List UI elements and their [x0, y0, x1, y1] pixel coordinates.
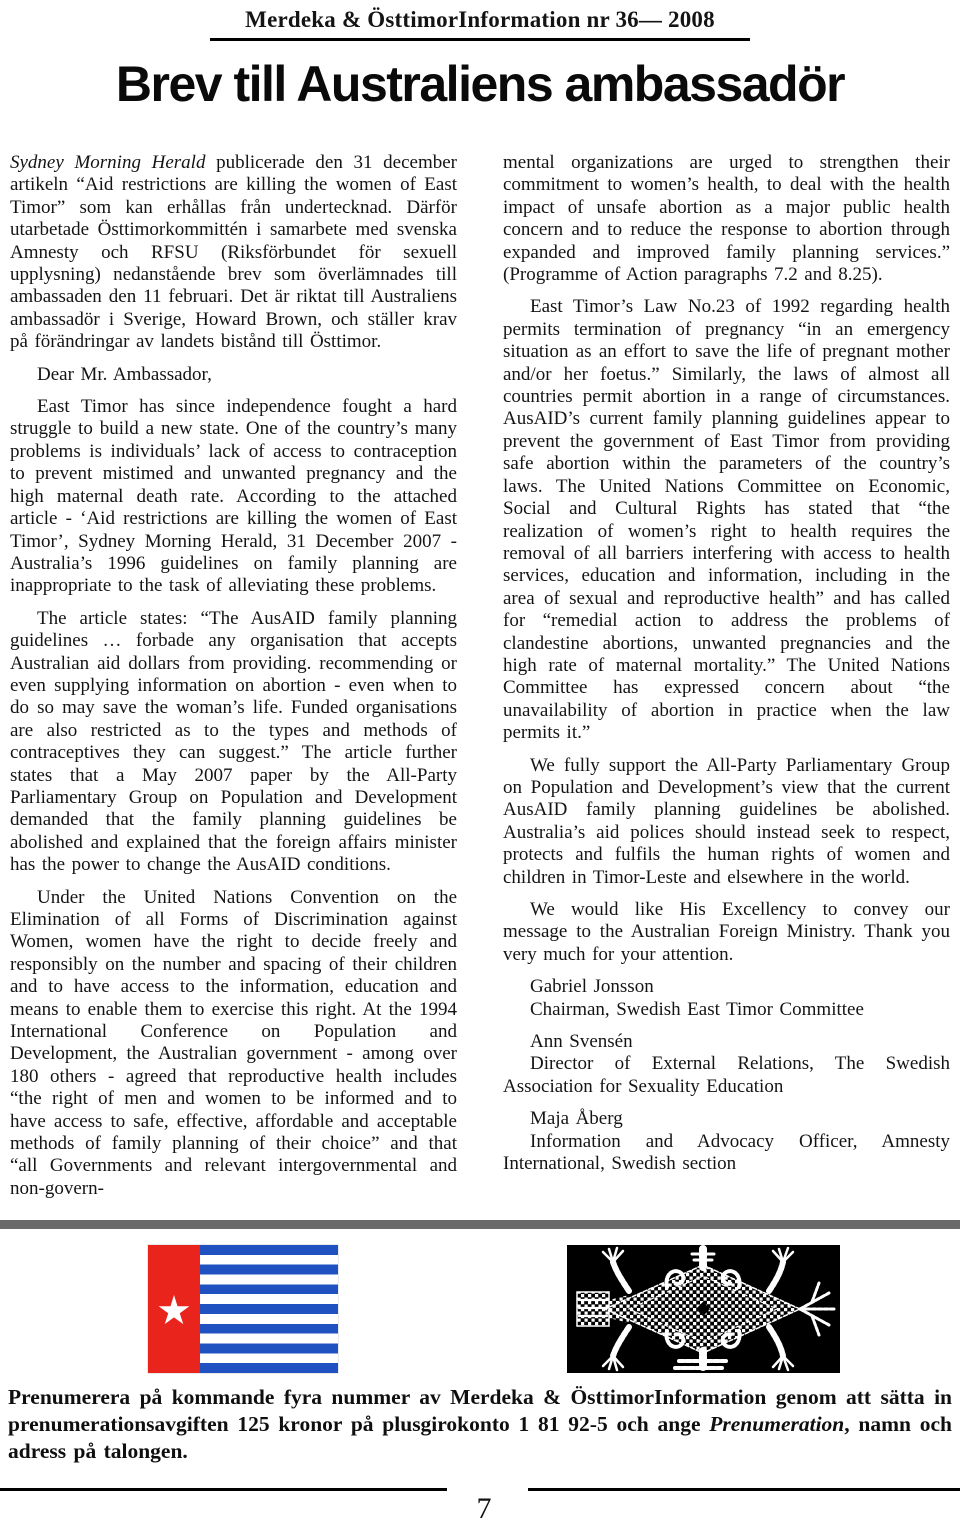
- flag-red-band: [148, 1245, 200, 1373]
- footer-rule-left: [0, 1488, 447, 1491]
- paragraph-un-convention: Under the United Nations Convention on t…: [10, 887, 457, 1201]
- paragraph-article-states: The article states: “The AusAID family p…: [10, 608, 457, 877]
- right-column: mental organizations are urged to streng…: [503, 152, 950, 1214]
- paragraph-law: East Timor’s Law No.23 of 1992 regarding…: [503, 296, 950, 744]
- salutation: Dear Mr. Ambassador,: [10, 364, 457, 386]
- newsletter-page: Merdeka & ÖsttimorInformation nr 36— 200…: [0, 0, 960, 1528]
- signature-name: Maja Åberg: [503, 1108, 950, 1130]
- intro-paragraph: Sydney Morning Herald publicerade den 31…: [10, 152, 457, 354]
- signature-block: Maja Åberg Information and Advocacy Offi…: [503, 1108, 950, 1175]
- section-divider-bar: [0, 1220, 960, 1229]
- flag-star-icon: [158, 1295, 190, 1327]
- masthead-rule: [210, 38, 750, 41]
- page-title: Brev till Australiens ambassadör: [0, 55, 960, 113]
- page-number: 7: [0, 1492, 960, 1526]
- signature-title: Information and Advocacy Officer, Amnest…: [503, 1131, 950, 1176]
- subscription-notice: Prenumerera på kommande fyra nummer av M…: [8, 1384, 952, 1465]
- morning-star-flag-image: [148, 1245, 338, 1373]
- article-body: Sydney Morning Herald publicerade den 31…: [10, 152, 950, 1214]
- footer-rule-right: [528, 1488, 960, 1491]
- signature-title: Chairman, Swedish East Timor Committee: [503, 999, 950, 1021]
- intro-rest: publicerade den 31 december artikeln “Ai…: [10, 152, 457, 352]
- paragraph-east-timor: East Timor has since independence fought…: [10, 396, 457, 598]
- intro-italic-lead: Sydney Morning Herald: [10, 152, 205, 173]
- signature-name: Ann Svensén: [503, 1031, 950, 1053]
- crocodile-textile-image: [567, 1245, 840, 1373]
- paragraph-convey: We would like His Excellency to convey o…: [503, 899, 950, 966]
- signature-title: Director of External Relations, The Swed…: [503, 1053, 950, 1098]
- signature-name: Gabriel Jonsson: [503, 976, 950, 998]
- left-column: Sydney Morning Herald publicerade den 31…: [10, 152, 457, 1214]
- masthead-title: Merdeka & ÖsttimorInformation nr 36— 200…: [0, 0, 960, 33]
- signature-block: Gabriel Jonsson Chairman, Swedish East T…: [503, 976, 950, 1021]
- flag-stripes: [200, 1245, 338, 1373]
- subscription-italic-word: Prenumeration: [709, 1412, 844, 1436]
- paragraph-continuation: mental organizations are urged to streng…: [503, 152, 950, 286]
- paragraph-support: We fully support the All-Party Parliamen…: [503, 755, 950, 889]
- signature-block: Ann Svensén Director of External Relatio…: [503, 1031, 950, 1098]
